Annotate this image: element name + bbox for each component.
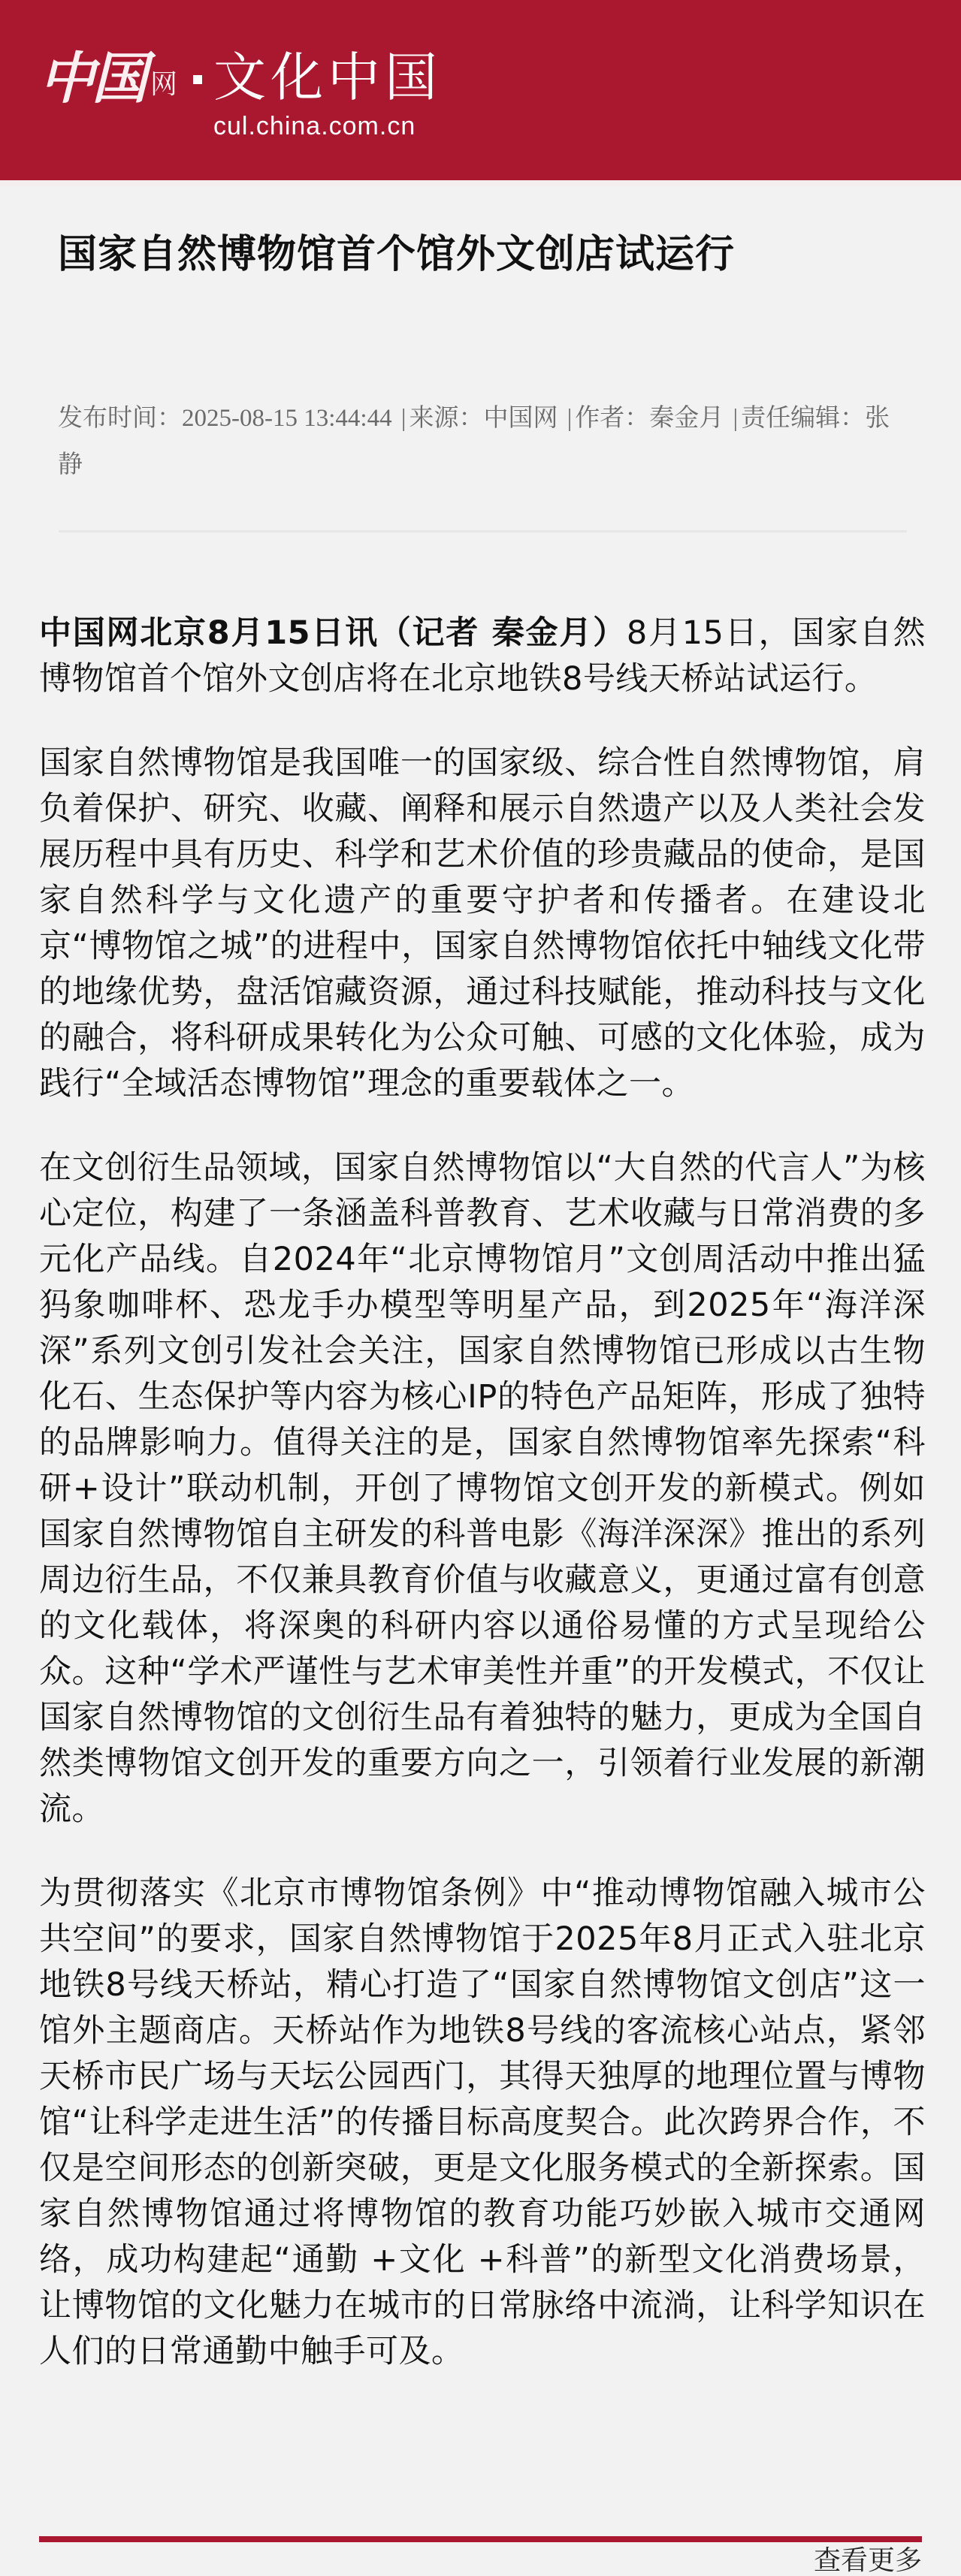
logo-separator-dot xyxy=(193,75,202,84)
dateline: 中国网北京8月15日讯（记者 秦金月） xyxy=(39,614,627,652)
meta-divider xyxy=(59,530,907,532)
logo-culture-china: 文化中国 xyxy=(213,44,442,111)
view-more-link[interactable]: 查看更多 xyxy=(814,2546,922,2554)
author-label: 作者： xyxy=(575,405,649,432)
source[interactable]: 中国网 xyxy=(483,405,558,432)
site-header: 中国 网 文化中国 cul.china.com.cn xyxy=(0,0,961,180)
source-label: 来源： xyxy=(409,405,483,432)
footer-divider-bar xyxy=(39,2536,922,2542)
meta-separator: | xyxy=(564,405,576,432)
lead-paragraph: 中国网北京8月15日讯（记者 秦金月）8月15日，国家自然博物馆首个馆外文创店将… xyxy=(39,611,926,702)
publish-time-label: 发布时间： xyxy=(58,405,182,432)
meta-separator: | xyxy=(398,405,409,432)
article-title: 国家自然博物馆首个馆外文创店试运行 xyxy=(58,218,907,291)
logo-wang: 网 xyxy=(150,66,177,104)
author: 秦金月 xyxy=(649,405,724,432)
paragraph: 国家自然博物馆是我国唯一的国家级、综合性自然博物馆，肩负着保护、研究、收藏、阐释… xyxy=(39,741,926,1107)
editor-label: 责任编辑： xyxy=(741,405,865,432)
paragraph: 为贯彻落实《北京市博物馆条例》中“推动博物馆融入城市公共空间”的要求，国家自然博… xyxy=(39,1871,926,2375)
site-logo[interactable]: 中国 网 文化中国 cul.china.com.cn xyxy=(39,36,460,141)
logo-url: cul.china.com.cn xyxy=(213,111,416,141)
publish-time: 2025-08-15 13:44:44 xyxy=(182,405,392,432)
meta-separator: | xyxy=(730,405,742,432)
article-body: 中国网北京8月15日讯（记者 秦金月）8月15日，国家自然博物馆首个馆外文创店将… xyxy=(39,611,926,2413)
paragraph: 在文创衍生品领域，国家自然博物馆以“大自然的代言人”为核心定位，构建了一条涵盖科… xyxy=(39,1145,926,1832)
logo-china-net: 中国 xyxy=(39,45,144,113)
header-shadow xyxy=(0,180,961,186)
article-meta: 发布时间：2025-08-15 13:44:44 |来源：中国网 |作者：秦金月… xyxy=(58,395,907,488)
